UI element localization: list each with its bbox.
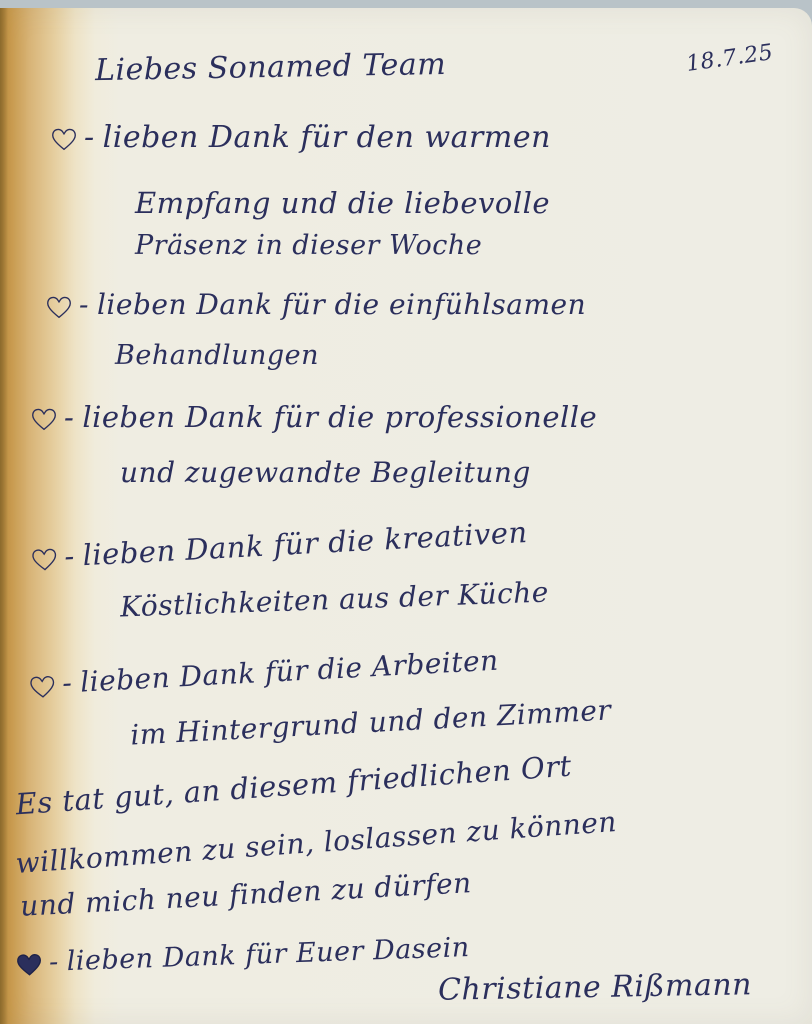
thanks-continuation: und zugewandte Begleitung [120, 456, 531, 489]
thanks-line: -lieben Dank für die Arbeiten [27, 644, 499, 702]
thanks-continuation: Köstlichkeiten aus der Küche [120, 576, 550, 624]
thanks-line: -lieben Dank für die professionelle [30, 400, 597, 434]
thanks-text: lieben Dank für die einfühlsamen [97, 288, 586, 321]
closing-line: willkommen zu sein, loslassen zu können [15, 805, 618, 880]
thanks-continuation: Behandlungen [115, 340, 319, 371]
entry-date: 18.7.25 [685, 40, 775, 77]
heart-outline-icon [50, 127, 78, 151]
book-gutter-shadow [0, 8, 8, 1024]
heart-outline-icon [30, 407, 58, 431]
heart-filled-icon [15, 951, 44, 976]
heart-outline-icon [45, 295, 73, 319]
thanks-continuation: im Hintergrund und den Zimmer [129, 693, 612, 751]
dash: - [63, 539, 75, 573]
final-thanks-text: lieben Dank für Euer Dasein [66, 932, 470, 977]
thanks-text: lieben Dank für die professionelle [82, 400, 597, 434]
dash: - [84, 120, 95, 155]
thanks-continuation: Präsenz in dieser Woche [135, 230, 482, 261]
thanks-text: lieben Dank für den warmen [103, 120, 551, 155]
dash: - [61, 666, 73, 699]
closing-line: Es tat gut, an diesem friedlichen Ort [14, 749, 572, 822]
guestbook-page: Liebes Sonamed Team 18.7.25 -lieben Dank… [0, 8, 812, 1024]
thanks-continuation: Empfang und die liebevolle [135, 186, 550, 220]
dash: - [64, 400, 74, 434]
greeting: Liebes Sonamed Team [95, 47, 447, 88]
signature: Christiane Rißmann [438, 967, 753, 1007]
thanks-line: -lieben Dank für die kreativen [29, 515, 528, 575]
dash: - [49, 946, 60, 977]
heart-outline-icon [30, 547, 59, 572]
thanks-line: -lieben Dank für die einfühlsamen [45, 288, 586, 321]
dash: - [79, 288, 89, 321]
heart-outline-icon [28, 673, 57, 698]
final-thanks-line: -lieben Dank für Euer Dasein [15, 932, 471, 979]
thanks-text: lieben Dank für die Arbeiten [79, 644, 499, 699]
thanks-text: lieben Dank für die kreativen [82, 515, 529, 572]
thanks-line: -lieben Dank für den warmen [50, 120, 551, 155]
